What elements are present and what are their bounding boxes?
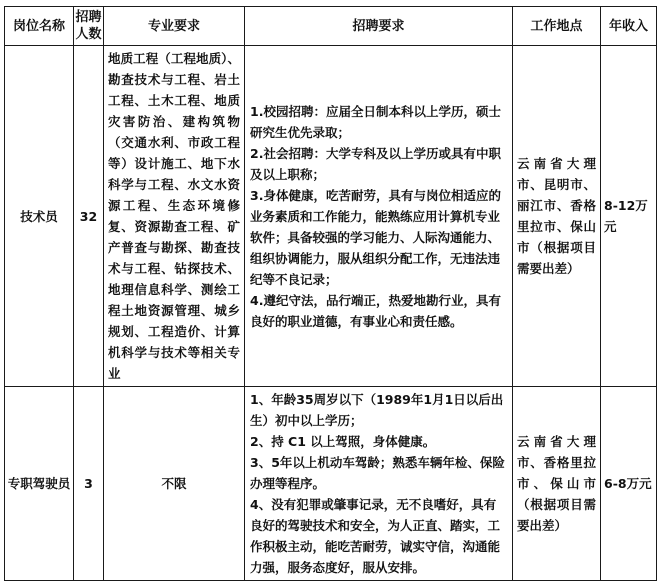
table-row-driver: 专职驾驶员 3 不限 1、年龄35周岁以下（1989年1月1日以后出生）初中以上… — [5, 387, 657, 463]
header-requirements: 招聘要求 — [245, 7, 513, 46]
cell-location: 云南省大理市、昆明市、丽江市、香格里拉市、保山市（根据项目需要出差） — [513, 46, 601, 387]
cell-major: 地质工程（工程地质）、勘查技术与工程、岩土工程、土木工程、地质灾害防治、建构筑物… — [104, 46, 245, 387]
header-location: 工作地点 — [513, 7, 601, 46]
recruitment-table: 岗位名称 招聘人数 专业要求 招聘要求 工作地点 年收入 技术员 32 地质工程… — [4, 6, 657, 462]
table-row-technician: 技术员 32 地质工程（工程地质）、勘查技术与工程、岩土工程、土木工程、地质灾害… — [5, 46, 657, 387]
cell-requirements: 1、年龄35周岁以下（1989年1月1日以后出生）初中以上学历； 2、持 C1 … — [245, 387, 513, 463]
cell-income: 6-8万元 — [601, 387, 657, 463]
cell-requirements: 1.校园招聘：应届全日制本科以上学历，硕士研究生优先录取； 2.社会招聘：大学专… — [245, 46, 513, 387]
cell-location: 云南省大理市、香格里拉市、保山市（根据项目需要出差） — [513, 387, 601, 463]
header-major: 专业要求 — [104, 7, 245, 46]
header-income: 年收入 — [601, 7, 657, 46]
table-header-row: 岗位名称 招聘人数 专业要求 招聘要求 工作地点 年收入 — [5, 7, 657, 46]
cell-income: 8-12万元 — [601, 46, 657, 387]
cell-position: 专职驾驶员 — [5, 387, 74, 463]
header-position: 岗位名称 — [5, 7, 74, 46]
cell-count: 32 — [74, 46, 104, 387]
header-count: 招聘人数 — [74, 7, 104, 46]
cell-count: 3 — [74, 387, 104, 463]
cell-position: 技术员 — [5, 46, 74, 387]
cell-major: 不限 — [104, 387, 245, 463]
